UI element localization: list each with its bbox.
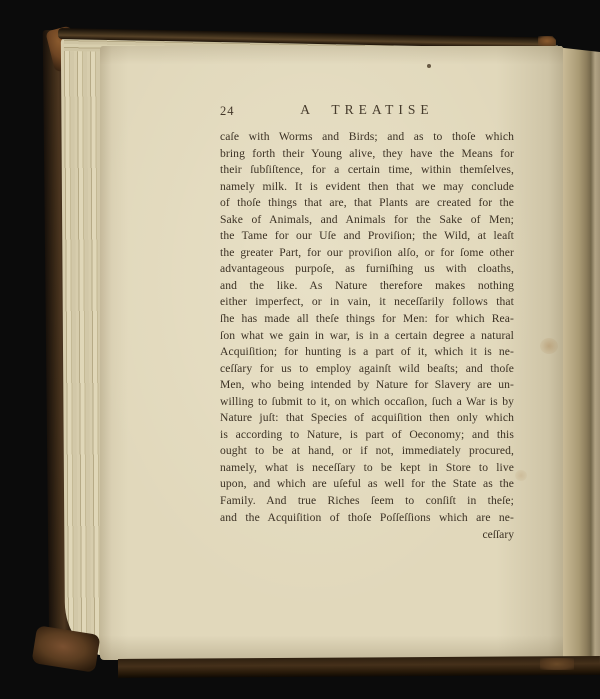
text-line: their ſubſiſtence, for a certain time, w… (220, 162, 514, 179)
text-line: and the like. As Nature therefore makes … (220, 278, 514, 295)
book-photo: 24 A TREATISE caſe with Worms and Birds;… (0, 0, 600, 699)
text-line: namely milk. It is evident then that we … (220, 179, 514, 196)
page-header: 24 A TREATISE (220, 102, 514, 120)
text-line: ceſſary for us to employ againſt wild be… (220, 361, 514, 378)
running-title: A TREATISE (220, 102, 514, 118)
text-line: Men, who being intended by Nature for Sl… (220, 377, 514, 394)
text-line: the Tame for our Uſe and Proviſion; the … (220, 228, 514, 245)
foxing-spot (515, 470, 527, 481)
text-line: namely, what is neceſſary to be kept in … (220, 460, 514, 477)
facing-page-edge (591, 48, 600, 668)
text-line: upon, and which are uſeful as well for t… (220, 476, 514, 493)
text-line: ought to be at hand, or if not, immediat… (220, 443, 514, 460)
text-block: caſe with Worms and Birds; and as to tho… (220, 129, 514, 526)
text-line: caſe with Worms and Birds; and as to tho… (220, 129, 514, 146)
gutter-shadow (563, 44, 592, 664)
text-line: Nature juſt: that Species of acquiſition… (220, 410, 514, 427)
text-line: and the Acquiſition of thoſe Poſſeſſions… (220, 510, 514, 527)
text-line: is according to Nature, is part of Oecon… (220, 427, 514, 444)
book-cover-bottom-rust-patch (540, 658, 574, 670)
text-line: advantageous purpoſe, as furniſhing us w… (220, 261, 514, 278)
book-cover-top-edge-rust-cap (538, 36, 556, 46)
text-line: either imperfect, or in vain, it neceſſa… (220, 294, 514, 311)
text-line: Sake of Animals, and Animals for the Sak… (220, 212, 514, 229)
text-line: ſon what we gain in war, is in a certain… (220, 328, 514, 345)
text-line: Acquiſition; for hunting is a part of it… (220, 344, 514, 361)
catchword: ceſſary (220, 527, 514, 544)
text-line: ſhe has made all theſe things for Men: f… (220, 311, 514, 328)
text-line: bring forth their Young alive, they have… (220, 146, 514, 163)
book-cover-bottom-edge (118, 656, 600, 678)
text-line: of thoſe things that are, that Plants ar… (220, 195, 514, 212)
text-line: the greater Part, for our proviſion alſo… (220, 245, 514, 262)
text-line: Family. And true Riches ſeem to conſiſt … (220, 493, 514, 510)
background-corner-top-right (549, 0, 600, 52)
foxing-spot (540, 338, 558, 354)
text-line: willing to ſubmit to it, on which occaſi… (220, 394, 514, 411)
ink-speck (427, 64, 431, 68)
